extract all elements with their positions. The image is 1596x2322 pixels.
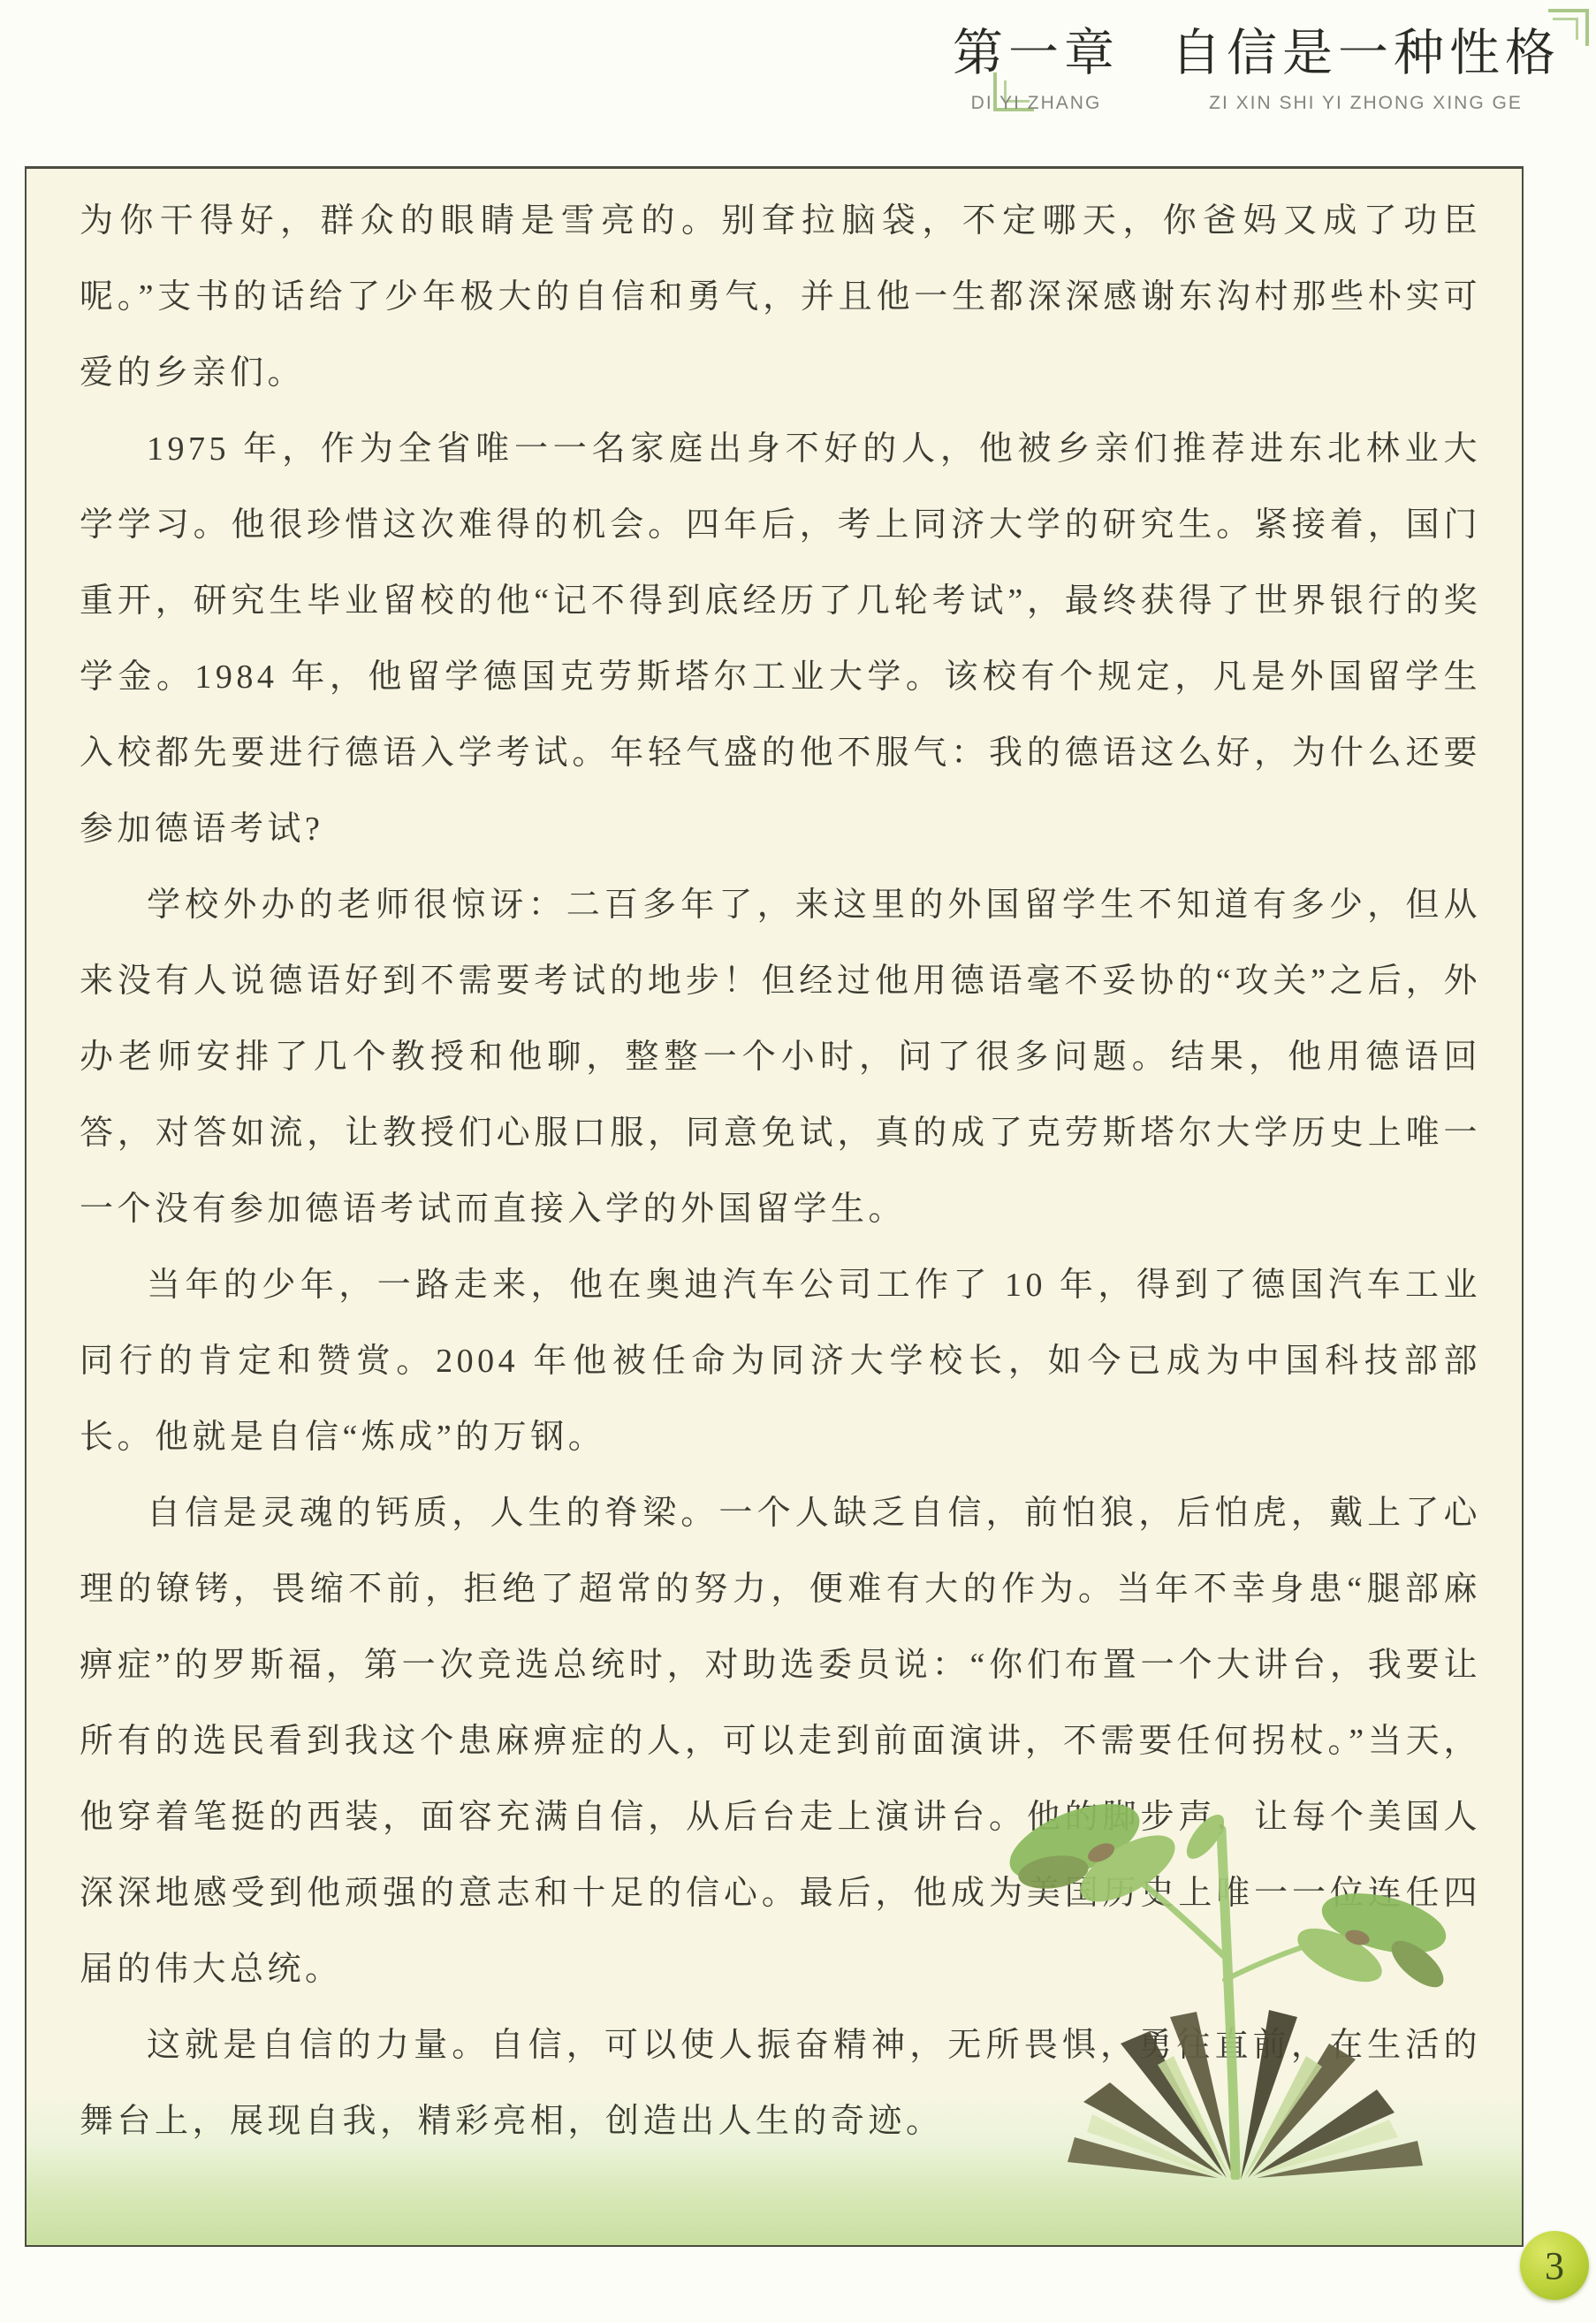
chapter-header: 第一章 DI YI ZHANG 自信是一种性格 ZI XIN SHI YI ZH… [953, 18, 1561, 114]
chapter-title-pinyin: ZI XIN SHI YI ZHONG XING GE [1171, 93, 1561, 114]
scanned-book-page: 第一章 DI YI ZHANG 自信是一种性格 ZI XIN SHI YI ZH… [0, 0, 1596, 2322]
chapter-title: 自信是一种性格 [1171, 18, 1561, 91]
page-number-badge: 3 [1520, 2231, 1589, 2300]
paragraph: 1975 年，作为全省唯一一名家庭出身不好的人，他被乡亲们推荐进东北林业大学学习… [80, 411, 1481, 867]
paragraph: 这就是自信的力量。自信，可以使人振奋精神，无所畏惧，勇往直前，在生活的舞台上，展… [80, 2007, 1481, 2159]
content-box: 为你干得好，群众的眼睛是雪亮的。别耷拉脑袋，不定哪天，你爸妈又成了功臣呢。”支书… [25, 166, 1524, 2247]
paragraph: 为你干得好，群众的眼睛是雪亮的。别耷拉脑袋，不定哪天，你爸妈又成了功臣呢。”支书… [80, 183, 1481, 411]
chapter-title-block: 自信是一种性格 ZI XIN SHI YI ZHONG XING GE [1171, 18, 1561, 114]
page-number: 3 [1545, 2243, 1564, 2288]
body-text: 为你干得好，群众的眼睛是雪亮的。别耷拉脑袋，不定哪天，你爸妈又成了功臣呢。”支书… [27, 169, 1522, 2159]
paragraph: 自信是灵魂的钙质，人生的脊梁。一个人缺乏自信，前怕狼，后怕虎，戴上了心理的镣铐，… [80, 1475, 1481, 2007]
paragraph: 学校外办的老师很惊讶：二百多年了，来这里的外国留学生不知道有多少，但从来没有人说… [80, 867, 1481, 1247]
chapter-number-block: 第一章 DI YI ZHANG [953, 18, 1120, 114]
paragraph: 当年的少年，一路走来，他在奥迪汽车公司工作了 10 年，得到了德国汽车工业同行的… [80, 1247, 1481, 1475]
chapter-number: 第一章 [953, 18, 1120, 91]
chapter-number-pinyin: DI YI ZHANG [953, 93, 1120, 114]
